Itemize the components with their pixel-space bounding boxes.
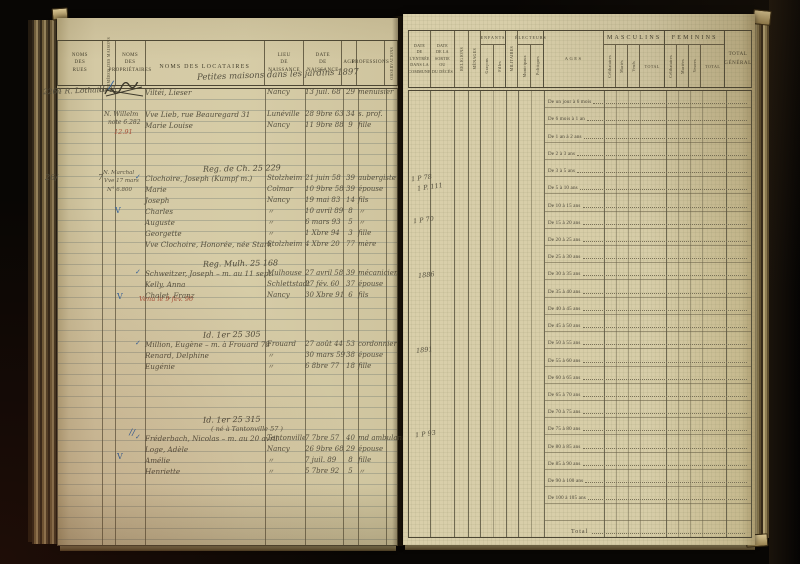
birthplace: 〃 xyxy=(265,207,305,218)
col-professions: PROFESSIONS xyxy=(352,59,389,67)
tenant-group: Viltéi, Lieser Nancy 13 juil. 68 29 menu… xyxy=(145,88,398,132)
arrival-note-red: Venu le 9 fév. 96 xyxy=(139,295,193,303)
col-age: AGE xyxy=(343,59,354,67)
census-register-scan: NOMS DES RUES NUMÉROS DES MAISONS NOMS D… xyxy=(0,0,800,564)
col-locataires: NOMS DES LOCATAIRES xyxy=(159,64,250,70)
tenant-row: Viltéi, Lieser Nancy 13 juil. 68 29 menu… xyxy=(145,88,398,99)
tenant-row: ✓ Fréderbach, Nicolas – m. au 20 avril T… xyxy=(145,434,398,445)
age-bracket-row: De 40 à 45 ans xyxy=(545,298,751,315)
age-value: 38 xyxy=(343,351,358,362)
tenant-row: Henriette 〃 5 7bre 92 5 〃 xyxy=(145,467,398,478)
birthdate: 11 9bre 88 xyxy=(305,121,343,132)
birthplace: Colmar xyxy=(265,185,305,196)
check-mark: ✓ xyxy=(135,268,141,276)
blue-check-stroke: ∕ xyxy=(107,78,114,93)
col-date-entree: DATE DE L'ENTRÉE DANS LA COMMUNE xyxy=(408,43,430,75)
birthdate: 5 7bre 92 xyxy=(305,467,343,478)
age-value xyxy=(343,99,358,110)
age-value: 29 xyxy=(343,445,358,456)
age-bracket-row: De 85 à 90 ans xyxy=(545,453,751,470)
age-value: 39 xyxy=(343,174,358,185)
tenant-row: Vve Lieb, rue Beauregard 31 Lunéville 28… xyxy=(145,110,398,121)
register-ref: Reg. Mulh. 25 168 xyxy=(203,256,398,270)
age-bracket-row: De 5 à 10 ans xyxy=(545,177,751,194)
right-table-header: DATE DE L'ENTRÉE DANS LA COMMUNE DATE DE… xyxy=(408,30,752,88)
age-bracket-row: De 10 à 15 ans xyxy=(545,194,751,211)
age-bracket-row: De 80 à 85 ans xyxy=(545,435,751,452)
right-table: DATE DE L'ENTRÉE DANS LA COMMUNE DATE DE… xyxy=(408,30,752,538)
total-label: Total xyxy=(571,529,588,535)
birthplace: Tantonville xyxy=(265,434,305,445)
age-bracket-label: De 10 à 15 ans xyxy=(548,204,581,209)
col-m-total: TOTAL xyxy=(645,64,660,69)
birthplace: 〃 xyxy=(265,467,305,478)
birthplace: Nancy xyxy=(265,291,305,302)
birthplace: Nancy xyxy=(265,196,305,207)
register-ref: Reg. de Ch. 25 229 xyxy=(203,161,398,175)
tenant-row: Amélie 〃 7 juil. 89 8 fille xyxy=(145,456,398,467)
age-bracket-label: De 40 à 45 ans xyxy=(548,307,581,312)
tenant-group: Id. 1er 25 305 ✓ Million, Eugène – m. à … xyxy=(145,329,398,373)
left-table-body xyxy=(57,88,398,546)
tenant-row: Chalet, Franz Nancy 30 Xbre 91 6 fils xyxy=(145,291,398,302)
birthdate: 28 9bre 63 xyxy=(305,110,343,121)
age-value: 5 xyxy=(343,218,358,229)
age-bracket-row: De 20 à 25 ans xyxy=(545,229,751,246)
tenant-name: Amélie xyxy=(145,456,265,467)
birthplace: 〃 xyxy=(265,456,305,467)
check-mark: ✓ xyxy=(135,339,141,347)
blue-check-stroke: ∕∕ xyxy=(128,428,136,439)
age-bracket-label: De 100 à 105 ans xyxy=(548,496,586,501)
birthdate: 7 7bre 57 xyxy=(305,434,343,445)
birthplace: 〃 xyxy=(265,229,305,240)
birthplace: 〃 xyxy=(265,362,305,373)
total-row: Total xyxy=(545,521,751,538)
birthplace: Mulhouse xyxy=(265,269,305,280)
age-bracket-label: De 5 à 10 ans xyxy=(548,186,578,191)
col-noms-des-rues: NOMS DES RUES xyxy=(72,52,88,75)
birthplace: Stolzheim xyxy=(265,174,305,185)
tenant-row: ✓ Clochoire, Joseph (Kumpf m.) Stolzheim… xyxy=(145,174,398,185)
age-bracket-row: De 25 à 30 ans xyxy=(545,246,751,263)
right-table-body: De un jour à 6 mois De 6 mois à 1 an De … xyxy=(408,90,752,538)
blue-check-stroke: V xyxy=(117,452,123,461)
age-value: 8 xyxy=(343,207,358,218)
tenant-name xyxy=(145,99,265,110)
tenant-name: Kelly, Anna xyxy=(145,280,265,291)
age-bracket-row: De 15 à 20 ans xyxy=(545,212,751,229)
tenant-name: Joseph xyxy=(145,196,265,207)
birthplace: Lunéville xyxy=(265,110,305,121)
left-table: NOMS DES RUES NUMÉROS DES MAISONS NOMS D… xyxy=(57,40,398,546)
age-value: 5 xyxy=(343,467,358,478)
tenant-name: Chalet, Franz xyxy=(145,291,265,302)
proprietor-note: Vve 17 mars xyxy=(104,178,139,184)
birthdate: 27 fév. 60 xyxy=(305,280,343,291)
birthdate: 6 mars 93 xyxy=(305,218,343,229)
proprietor-note: N° 6.800 xyxy=(107,187,132,193)
birthdate: 10 avril 89 xyxy=(305,207,343,218)
group-enfants: ENFANTS xyxy=(481,31,506,45)
age-bracket-row: De 90 à 100 ans xyxy=(545,470,751,487)
page-edges-right xyxy=(755,24,769,538)
tenant-row xyxy=(145,99,398,110)
binding-clip-top-right xyxy=(752,9,771,26)
age-bracket-row: De 6 mois à 1 an xyxy=(545,108,751,125)
proprietor-note: N. Willelm xyxy=(104,110,138,118)
tenant-name: Vve Clochoire, Honorée, née Stark xyxy=(145,240,265,251)
tenant-row: Marie Colmar 10 9bre 58 39 épouse xyxy=(145,185,398,196)
tenant-name: Georgette xyxy=(145,229,265,240)
col-religions: RELIGIONS xyxy=(459,47,464,71)
col-garcons: Garçons xyxy=(484,58,489,73)
birthdate: 4 Xbre 20 xyxy=(305,240,343,251)
tenant-row: Renard, Delphine 〃 30 mars 59 38 épouse xyxy=(145,351,398,362)
register-ref-note: ( né à Tantonville 57 ) xyxy=(211,425,398,434)
age-bracket-row: De un jour à 6 mois xyxy=(545,91,751,108)
col-numeros-maisons: NUMÉROS DES MAISONS xyxy=(106,37,111,90)
age-bracket-label: De 80 à 85 ans xyxy=(548,445,581,450)
col-total-general: TOTAL GÉNÉRAL xyxy=(724,50,752,68)
tenant-name: Renard, Delphine xyxy=(145,351,265,362)
birthplace xyxy=(265,99,305,110)
birthdate: 21 juin 58 xyxy=(305,174,343,185)
birthplace: Schlettstadt xyxy=(265,280,305,291)
group-electeurs: ÉLECTEURS xyxy=(518,31,543,45)
age-bracket-row: De 35 à 40 ans xyxy=(545,280,751,297)
birthplace: Nancy xyxy=(265,121,305,132)
col-m-maries: Mariés xyxy=(619,60,624,73)
age-bracket-row: De 50 à 55 ans xyxy=(545,332,751,349)
age-bracket-label: De 1 an à 2 ans xyxy=(548,135,582,140)
tenant-name: Fréderbach, Nicolas – m. au 20 avril xyxy=(145,434,265,445)
age-bracket-label: De 50 à 55 ans xyxy=(548,341,581,346)
page-edges-bottom-left xyxy=(60,546,396,551)
age-value: 3 xyxy=(343,229,358,240)
blue-check-stroke: V xyxy=(115,206,121,215)
tenant-row: ✓ Schweitzer, Joseph – m. au 11 sept. Mu… xyxy=(145,269,398,280)
age-bracket-label: De 55 à 60 ans xyxy=(548,359,581,364)
proprietor-note: note 6.282 xyxy=(108,119,141,126)
age-bracket-row: De 65 à 70 ans xyxy=(545,384,751,401)
birthdate: 6 8bre 77 xyxy=(305,362,343,373)
age-bracket-label: De 20 à 25 ans xyxy=(548,238,581,243)
tenant-name: Marie xyxy=(145,185,265,196)
age-bracket-row: De 55 à 60 ans xyxy=(545,349,751,366)
age-bracket-label: De 30 à 35 ans xyxy=(548,272,581,277)
proprietor-note-red: 12.91 xyxy=(114,128,133,136)
age-value: 53 xyxy=(343,340,358,351)
col-electeurs-municipaux: Municipaux xyxy=(522,55,527,77)
check-mark: ✓ xyxy=(135,433,141,441)
age-bracket-label: De 60 à 65 ans xyxy=(548,376,581,381)
col-f-total: TOTAL xyxy=(705,64,720,69)
age-value: 37 xyxy=(343,280,358,291)
birthplace: Stolzheim xyxy=(265,240,305,251)
age-bracket-label: De 15 à 20 ans xyxy=(548,221,581,226)
left-table-header: NOMS DES RUES NUMÉROS DES MAISONS NOMS D… xyxy=(57,40,398,86)
tenant-row: Charles 〃 10 avril 89 8 〃 xyxy=(145,207,398,218)
tenant-group: Id. 1er 25 315 ( né à Tantonville 57 ) ✓… xyxy=(145,414,398,478)
birthdate: 13 juil. 68 xyxy=(305,88,343,99)
col-militaires: MILITAIRES xyxy=(509,46,514,71)
age-bracket-label: De 3 à 5 ans xyxy=(548,169,575,174)
age-bracket-row: De 75 à 80 ans xyxy=(545,418,751,435)
tenant-row: Kelly, Anna Schlettstadt 27 fév. 60 37 é… xyxy=(145,280,398,291)
age-value: 18 xyxy=(343,362,358,373)
age-bracket-label: De 35 à 40 ans xyxy=(548,290,581,295)
age-value: 34 xyxy=(343,110,358,121)
tenant-name: Viltéi, Lieser xyxy=(145,88,265,99)
tenant-row: Loge, Adèle Nancy 26 9bre 68 29 épouse xyxy=(145,445,398,456)
check-mark: ✓ xyxy=(135,173,141,181)
age-bracket-label: De 85 à 90 ans xyxy=(548,462,581,467)
left-page: NOMS DES RUES NUMÉROS DES MAISONS NOMS D… xyxy=(57,18,398,546)
tenant-group: Reg. Mulh. 25 168 ✓ Schweitzer, Joseph –… xyxy=(145,258,398,302)
tenant-name: Marie Louise xyxy=(145,121,265,132)
birthplace: Nancy xyxy=(265,445,305,456)
tenant-row: Eugénie 〃 6 8bre 77 18 fille xyxy=(145,362,398,373)
tenant-row: Auguste 〃 6 mars 93 5 〃 xyxy=(145,218,398,229)
age-bracket-label: De 6 mois à 1 an xyxy=(548,117,585,122)
birthdate: 30 Xbre 91 xyxy=(305,291,343,302)
col-f-mariees: Mariées xyxy=(680,59,685,74)
age-bracket-label: De 75 à 80 ans xyxy=(548,427,581,432)
left-handwriting-layer: Petites maisons dans les jardins 1897 22… xyxy=(57,18,398,546)
birthdate: 1 Xbre 94 xyxy=(305,229,343,240)
age-bracket-label: De 90 à 100 ans xyxy=(548,479,583,484)
age-bracket-row: De 30 à 35 ans xyxy=(545,263,751,280)
tenant-name: Schweitzer, Joseph – m. au 11 sept. xyxy=(145,269,265,280)
col-filles: Filles xyxy=(497,61,502,72)
tenant-row: Joseph Nancy 19 mai 83 14 fils xyxy=(145,196,398,207)
col-ages: AGES xyxy=(565,55,583,62)
age-bracket-row: De 2 à 3 ans xyxy=(545,143,751,160)
blank-row xyxy=(545,504,751,521)
age-bracket-label: De 70 à 75 ans xyxy=(548,410,581,415)
birthplace: 〃 xyxy=(265,351,305,362)
birthdate: 30 mars 59 xyxy=(305,351,343,362)
tenant-row: ✓ Million, Eugène – m. à Frouard 78 Frou… xyxy=(145,340,398,351)
age-bracket-row: De 60 à 65 ans xyxy=(545,367,751,384)
age-value: 77 xyxy=(343,240,358,251)
col-electeurs-politiques: Politiques xyxy=(535,56,540,75)
age-value: 14 xyxy=(343,196,358,207)
col-f-veuves: Veuves xyxy=(692,59,697,72)
age-bracket-label: De un jour à 6 mois xyxy=(548,100,591,105)
register-ref: Id. 1er 25 315 xyxy=(203,412,398,426)
col-m-celibataires: Célibataires xyxy=(607,55,612,78)
age-bracket-rows: De un jour à 6 mois De 6 mois à 1 an De … xyxy=(545,91,751,538)
birthdate: 27 avril 58 xyxy=(305,269,343,280)
page-edges-bottom-right xyxy=(405,545,755,550)
ink-scribble-icon xyxy=(103,82,145,100)
birthplace: 〃 xyxy=(265,218,305,229)
age-bracket-row: De 3 à 5 ans xyxy=(545,160,751,177)
tenant-name: Charles xyxy=(145,207,265,218)
blue-check-stroke: V xyxy=(117,292,123,301)
birthplace: Frouard xyxy=(265,340,305,351)
age-bracket-label: De 2 à 3 ans xyxy=(548,152,575,157)
col-date-naissance: DATE DE NAISSANCE xyxy=(307,52,339,75)
age-bracket-row: De 45 à 50 ans xyxy=(545,315,751,332)
age-value: 40 xyxy=(343,434,358,445)
tenant-name: Loge, Adèle xyxy=(145,445,265,456)
age-bracket-row: De 70 à 75 ans xyxy=(545,401,751,418)
tenant-name: Million, Eugène – m. à Frouard 78 xyxy=(145,340,265,351)
col-f-celibataires: Célibataires xyxy=(668,55,673,78)
col-m-veufs: Veufs xyxy=(631,61,636,72)
birthdate: 27 août 44 xyxy=(305,340,343,351)
locataires-note: Petites maisons dans les jardins 1897 xyxy=(197,67,359,83)
house-number: 8 xyxy=(99,85,105,95)
col-menages: MÉNAGES xyxy=(472,48,477,69)
group-masculins: MASCULINS xyxy=(604,31,665,45)
birthdate: 7 juil. 89 xyxy=(305,456,343,467)
tenant-row: Marie Louise Nancy 11 9bre 88 9 fille xyxy=(145,121,398,132)
birthdate: 19 mai 83 xyxy=(305,196,343,207)
tenant-name: Eugénie xyxy=(145,362,265,373)
age-value: 39 xyxy=(343,269,358,280)
age-value: 29 xyxy=(343,88,358,99)
age-bracket-label: De 45 à 50 ans xyxy=(548,324,581,329)
tenant-name: Henriette xyxy=(145,467,265,478)
page-edges-left xyxy=(32,20,57,544)
right-page: DATE DE L'ENTRÉE DANS LA COMMUNE DATE DE… xyxy=(403,14,755,545)
tenant-row: Vve Clochoire, Honorée, née Stark Stolzh… xyxy=(145,240,398,251)
group-feminins: FEMININS xyxy=(665,31,724,45)
age-bracket-label: De 25 à 30 ans xyxy=(548,255,581,260)
book-edge-right-dark xyxy=(769,0,800,564)
tenant-name: Clochoire, Joseph (Kumpf m.) xyxy=(145,174,265,185)
register-ref: Id. 1er 25 305 xyxy=(203,327,398,341)
tenant-group: Reg. de Ch. 25 229 ✓ Clochoire, Joseph (… xyxy=(145,163,398,251)
proprietor-note: N. Marchal xyxy=(103,170,134,176)
age-bracket-row: De 100 à 105 ans xyxy=(545,487,751,504)
age-bracket-row: De 1 an à 2 ans xyxy=(545,125,751,142)
birthplace: Nancy xyxy=(265,88,305,99)
col-proprietaires: NOMS DES PROPRIÉTAIRES xyxy=(109,52,152,75)
col-date-sortie: DATE DE LA SORTIE OU DU DÉCÈS xyxy=(431,43,454,75)
birthdate: 10 9bre 58 xyxy=(305,185,343,196)
age-bracket-label: De 65 à 70 ans xyxy=(548,393,581,398)
birthdate xyxy=(305,99,343,110)
age-value: 9 xyxy=(343,121,358,132)
tenant-row: Georgette 〃 1 Xbre 94 3 fille xyxy=(145,229,398,240)
house-number: 7 xyxy=(98,173,103,182)
tenant-name: Auguste xyxy=(145,218,265,229)
age-value: 6 xyxy=(343,291,358,302)
age-value: 39 xyxy=(343,185,358,196)
tenant-name: Vve Lieb, rue Beauregard 31 xyxy=(145,110,265,121)
age-value: 8 xyxy=(343,456,358,467)
birthdate: 26 9bre 68 xyxy=(305,445,343,456)
col-lieu-naissance: LIEU DE NAISSANCE xyxy=(268,52,300,75)
